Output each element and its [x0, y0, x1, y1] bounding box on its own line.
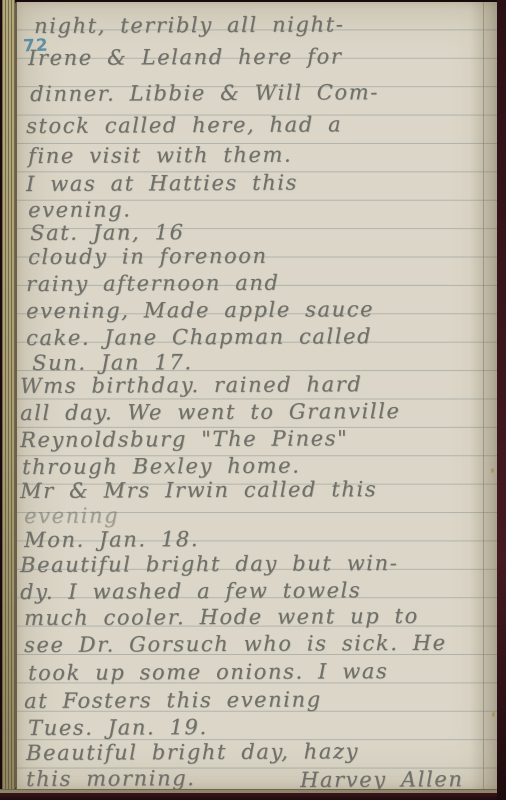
scan-border-right — [497, 0, 506, 800]
diary-line: dinner. Libbie & Will Com- — [30, 80, 379, 106]
diary-line: dy. I washed a few towels — [20, 578, 361, 604]
diary-line: stock called here, had a — [26, 112, 342, 138]
page-edge-shadow — [470, 2, 497, 789]
paper-speck — [491, 468, 494, 473]
diary-scan: 72 night, terribly all night- Irene & Le… — [0, 0, 506, 800]
diary-line: cake. Jane Chapman called — [26, 324, 372, 350]
diary-line: took up some onions. I was — [28, 659, 388, 685]
scan-border-bottom — [0, 793, 506, 800]
diary-line: rainy afternoon and — [26, 271, 280, 296]
diary-line: Beautiful bright day but win- — [20, 551, 398, 577]
diary-line: through Bexley home. — [22, 454, 301, 479]
diary-line: evening — [24, 504, 119, 528]
diary-line: at Fosters this evening — [24, 687, 322, 713]
diary-line-date: Sat. Jan, 16 — [30, 220, 185, 245]
diary-line: night, terribly all night- — [34, 12, 344, 38]
diary-line-date: Tues. Jan. 19. — [28, 715, 208, 740]
diary-line: cloudy in forenoon — [28, 244, 268, 269]
diary-line: evening, Made apple sauce — [26, 297, 374, 323]
diary-line: Mr & Mrs Irwin called this — [20, 477, 377, 503]
diary-line: much cooler. Hode went up to — [24, 604, 419, 630]
diary-line: see Dr. Gorsuch who is sick. He — [24, 631, 447, 657]
book-binding-edge — [2, 0, 15, 794]
diary-line: all day. We went to Granville — [20, 399, 401, 425]
diary-line: fine visit with them. — [28, 143, 292, 168]
paper-speck — [492, 712, 495, 717]
diary-line: Reynoldsburg "The Pines" — [20, 426, 348, 452]
diary-line: Wms birthday. rained hard — [20, 372, 362, 398]
diary-line: Irene & Leland here for — [28, 44, 342, 70]
diary-line: I was at Hatties this — [26, 171, 298, 196]
diary-line: Beautiful bright day, hazy — [26, 739, 359, 765]
diary-line-date: Sun. Jan 17. — [32, 350, 193, 375]
diary-line: evening. — [28, 197, 132, 222]
diary-line: this morning. — [26, 766, 196, 791]
diary-line-date: Mon. Jan. 18. — [24, 527, 199, 552]
